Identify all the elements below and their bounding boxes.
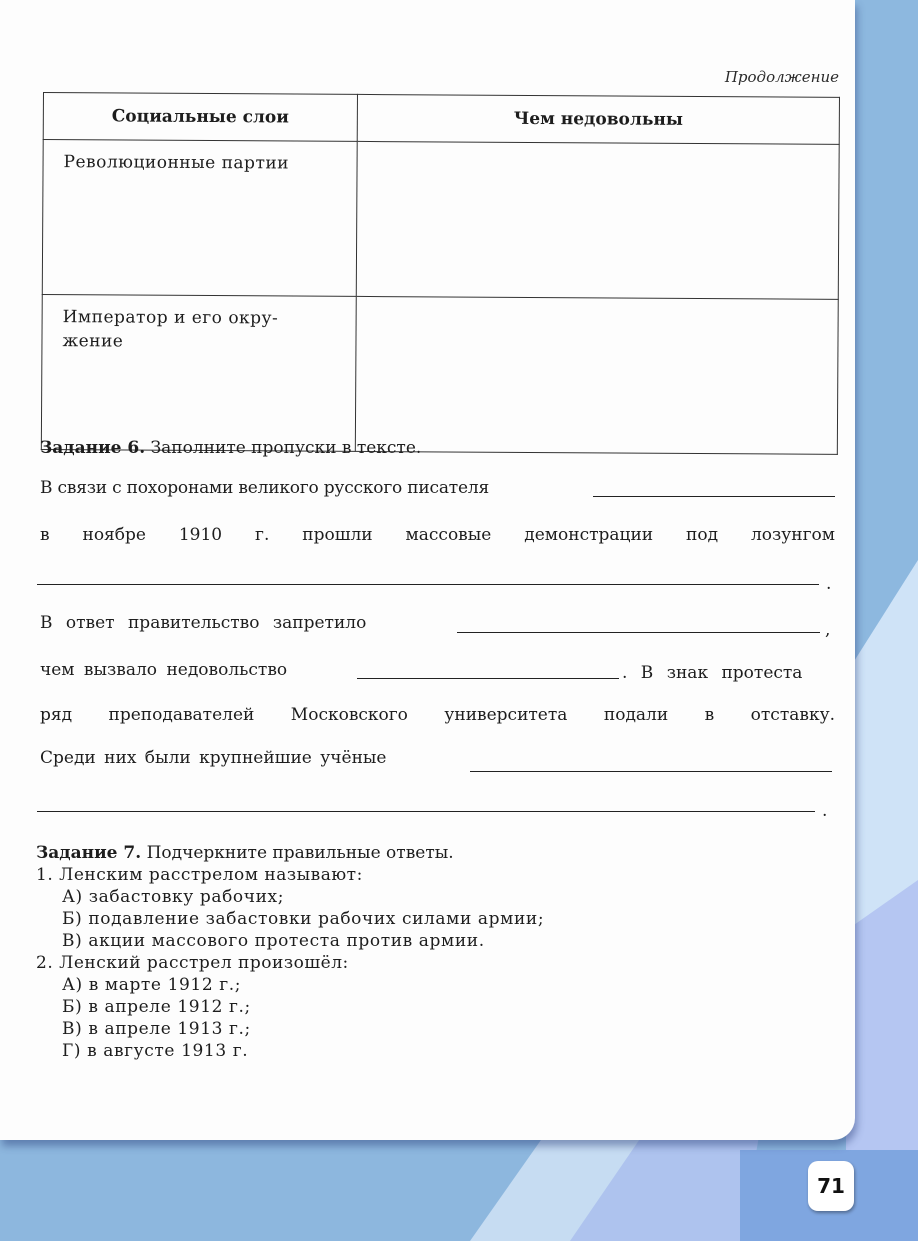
table-header-row: Социальные слои Чем недовольны [43,93,839,145]
task7-heading: Задание 7. Подчеркните правильные ответы… [36,842,544,864]
table-row: Император и его окру- жение [41,294,838,454]
answer-option[interactable]: Б) подавление забастовки рабочих силами … [36,908,544,930]
cell-layer: Император и его окру- жение [41,294,356,451]
answer-option[interactable]: А) в марте 1912 г.; [36,974,544,996]
task6-line3: В ответ правительство запретило [40,613,366,633]
blank-writer[interactable] [593,496,835,497]
cell-complaint-input[interactable] [356,141,839,299]
word: Московского [291,705,408,725]
word: под [686,525,718,545]
answer-option[interactable]: Г) в августе 1913 г. [36,1040,544,1062]
word: в [40,525,50,545]
word: преподавателей [109,705,255,725]
cell-layer-line1: Император и его окру- [63,305,336,331]
task6-line4-tail: . В знак протеста [622,663,802,683]
task6-line2: вноябре1910г.прошлимассовыедемонстрациип… [40,525,835,545]
question-number: 2. [36,953,53,973]
word: ряд [40,705,72,725]
word: отставку. [751,705,835,725]
question-2: 2. Ленский расстрел произошёл: [36,952,544,974]
social-layers-table: Социальные слои Чем недовольны Революцио… [41,92,840,455]
workbook-page: Продолжение Социальные слои Чем недоволь… [0,0,855,1140]
task6-line4: чем вызвало недовольство [40,660,287,680]
cell-layer-line2: жение [62,329,335,355]
word: подали [604,705,668,725]
continuation-label: Продолжение [725,68,839,86]
header-social-layers: Социальные слои [43,93,357,142]
word: 1910 [179,525,222,545]
blank-slogan[interactable] [37,584,819,585]
word: университета [444,705,567,725]
table-row: Революционные партии [42,140,839,300]
word: массовые [406,525,492,545]
answer-option[interactable]: В) в апреле 1913 г.; [36,1018,544,1040]
task7-instruction: Подчеркните правильные ответы. [147,843,454,863]
blank-scientists-cont[interactable] [37,811,815,812]
task6-heading: Задание 6. Заполните пропуски в тексте. [40,438,421,458]
blank-banned[interactable] [457,632,820,633]
period: . [826,574,831,594]
page-number: 71 [808,1161,854,1211]
word: демонстрации [524,525,653,545]
task6-line1: В связи с похоронами великого русского п… [40,478,489,498]
task6-title: Задание 6. [40,438,145,458]
word: ноябре [82,525,145,545]
cell-layer-text: Император и его окру- [63,305,279,330]
word: г. [255,525,269,545]
cell-complaint-input[interactable] [355,296,838,454]
word: прошли [302,525,372,545]
answer-option[interactable]: А) забастовку рабочих; [36,886,544,908]
question-1: 1. Ленским расстрелом называют: [36,864,544,886]
word: в [705,705,715,725]
task6-line6: Среди них были крупнейшие учёные [40,748,387,768]
task7-title: Задание 7. [36,843,141,863]
header-complaints: Чем недовольны [357,94,839,144]
blank-scientists[interactable] [470,771,832,772]
question-text: Ленский расстрел произошёл: [59,953,349,973]
word: лозунгом [751,525,835,545]
cell-layer: Революционные партии [42,140,357,297]
answer-option[interactable]: Б) в апреле 1912 г.; [36,996,544,1018]
question-text: Ленским расстрелом называют: [59,865,363,885]
task6-line5: рядпреподавателейМосковскогоуниверситета… [40,705,835,725]
blank-discontent[interactable] [357,678,619,679]
period: . [822,801,827,821]
answer-option[interactable]: В) акции массового протеста против армии… [36,930,544,952]
task6-instruction: Заполните пропуски в тексте. [151,438,422,458]
question-number: 1. [36,865,53,885]
comma: , [825,620,830,640]
task7: Задание 7. Подчеркните правильные ответы… [36,842,544,1062]
